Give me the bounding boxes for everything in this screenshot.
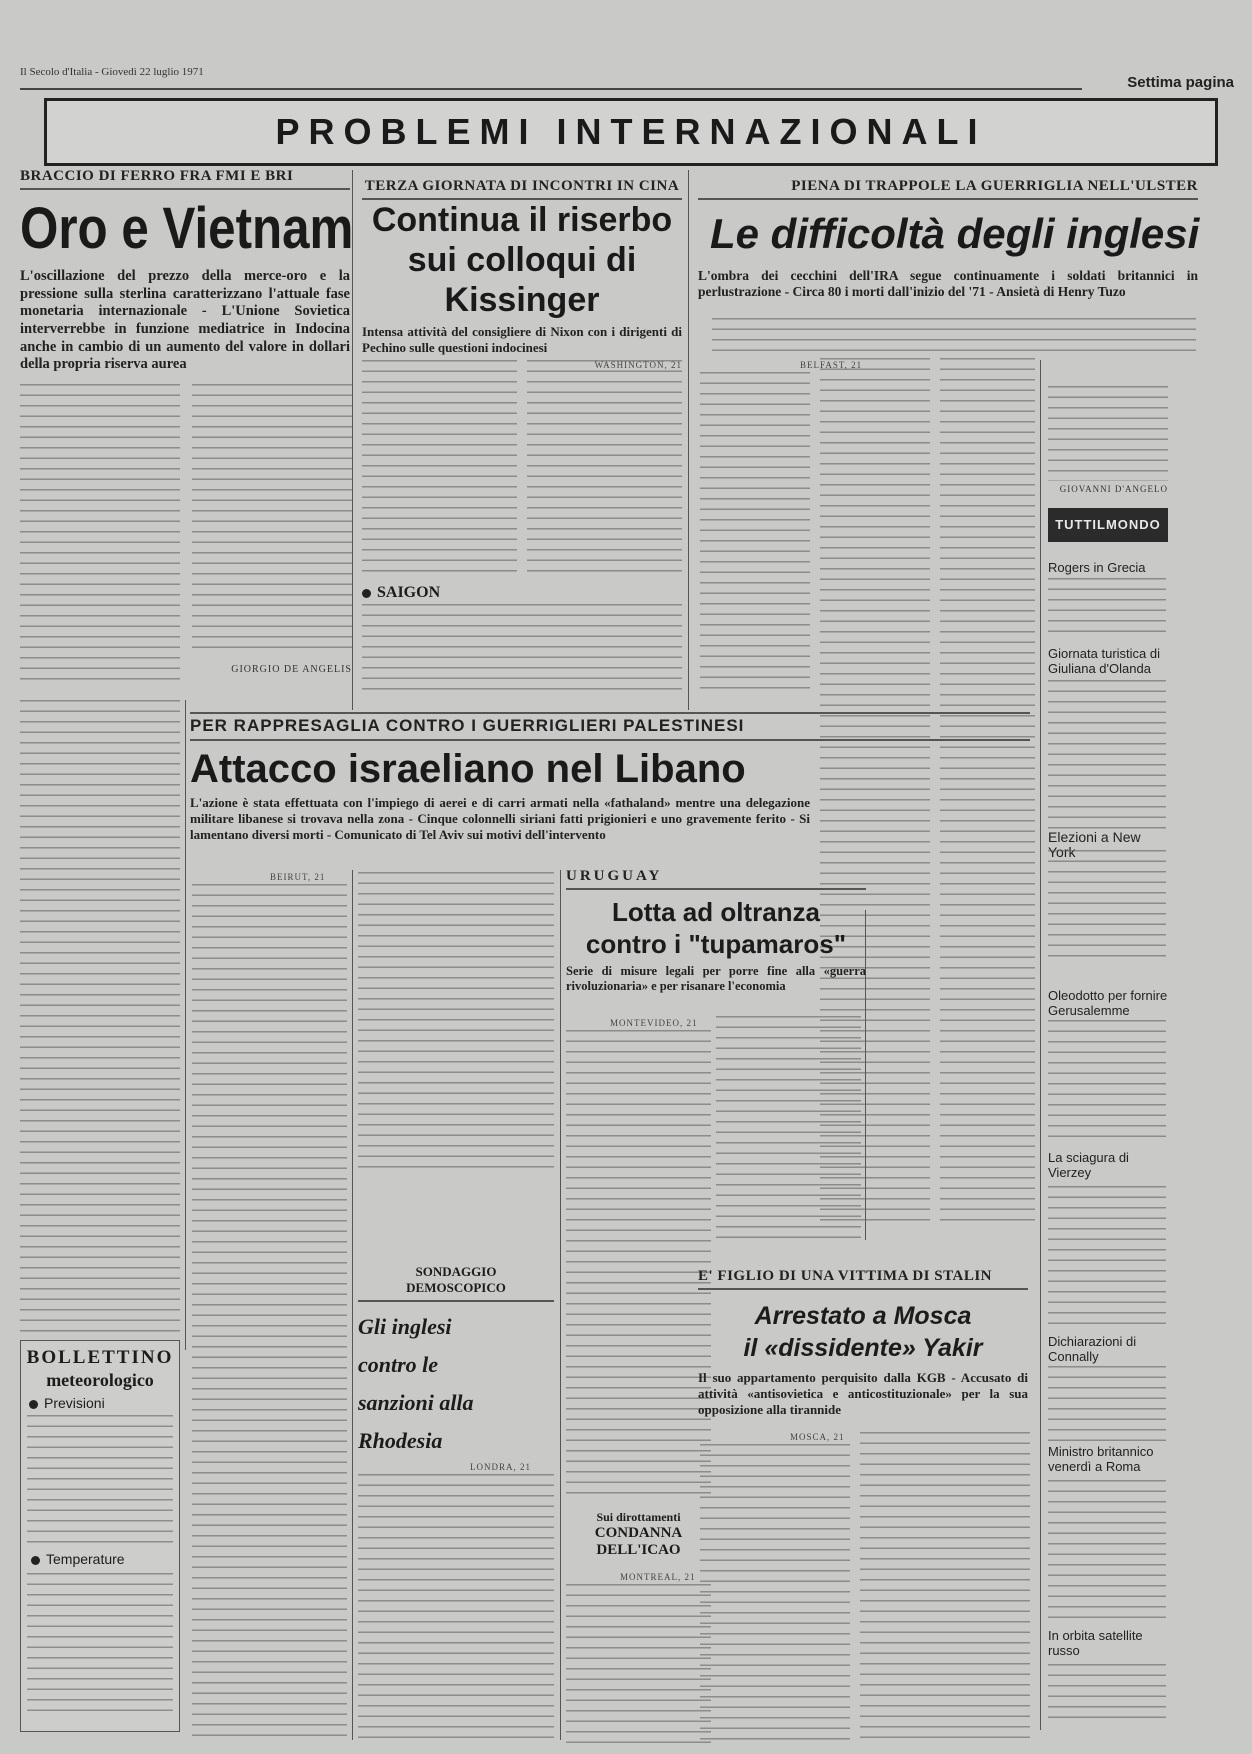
bullet-icon: [29, 1400, 38, 1409]
article-body: [192, 884, 347, 1744]
column-rule: [560, 870, 561, 1740]
headline-line-1: Continua il riserbo: [362, 200, 682, 240]
brief-body: [1048, 1480, 1166, 1620]
column-rule: [1040, 360, 1041, 1730]
brief-heading: Rogers in Grecia: [1048, 560, 1168, 575]
weather-title-1: BOLLETTINO: [21, 1347, 179, 1369]
kicker: E' FIGLIO DI UNA VITTIMA DI STALIN: [698, 1268, 1028, 1290]
temperature-text: [27, 1573, 173, 1713]
headline-line-2: il «dissidente» Yakir: [698, 1332, 1028, 1364]
weather-title-2: meteorologico: [21, 1369, 179, 1391]
article-body: [358, 872, 554, 1172]
article-body: [20, 384, 180, 684]
article-body: [566, 1584, 711, 1744]
brief-heading: Oleodotto per fornire Gerusalemme: [1048, 988, 1168, 1018]
bullet-icon: [31, 1556, 40, 1565]
column-rule: [688, 170, 689, 710]
article-body: [362, 360, 517, 580]
kicker-line-1: SONDAGGIO: [358, 1264, 554, 1280]
kicker: BRACCIO DI FERRO FRA FMI E BRI: [20, 168, 350, 190]
deck: Intensa attività del consigliere di Nixo…: [362, 324, 682, 356]
brief-heading: La sciagura di Vierzey: [1048, 1150, 1148, 1180]
dateline: BEIRUT, 21: [270, 872, 325, 882]
article-kissinger: TERZA GIORNATA DI INCONTRI IN CINA Conti…: [362, 178, 682, 370]
article-body: [860, 1432, 1030, 1744]
section-label: Temperature: [46, 1551, 125, 1567]
article-uruguay: URUGUAY Lotta ad oltranza contro i "tupa…: [566, 868, 866, 995]
tuttilmondo-logo: TUTTILMONDO: [1048, 508, 1168, 542]
article-sondaggio: SONDAGGIO DEMOSCOPICO Gli inglesi contro…: [358, 1264, 554, 1460]
byline: GIORGIO DE ANGELIS: [192, 664, 352, 675]
masthead-rule: [20, 88, 1082, 90]
kicker: PIENA DI TRAPPOLE LA GUERRIGLIA NELL'ULS…: [698, 178, 1198, 200]
headline-line-2: contro i "tupamaros": [566, 928, 866, 960]
weather-section: Temperature: [31, 1551, 169, 1567]
section-banner: PROBLEMI INTERNAZIONALI: [44, 98, 1218, 166]
page-folio: Il Secolo d'Italia - Giovedì 22 luglio 1…: [20, 66, 204, 78]
headline-line-1: CONDANNA: [566, 1525, 711, 1542]
deck: L'ombra dei cecchini dell'IRA segue cont…: [698, 268, 1198, 301]
deck: Serie di misure legali per porre fine al…: [566, 964, 866, 995]
kicker: Sui dirottamenti: [566, 1510, 711, 1525]
deck: L'oscillazione del prezzo della merce-or…: [20, 268, 350, 374]
brief-heading: Giornata turistica di Giuliana d'Olanda: [1048, 646, 1168, 676]
article-libano: PER RAPPRESAGLIA CONTRO I GUERRIGLIERI P…: [190, 716, 1030, 843]
article-body: [700, 1444, 850, 1744]
weather-box: BOLLETTINO meteorologico Previsioni Temp…: [20, 1340, 180, 1732]
article-oro-e-vietnam: BRACCIO DI FERRO FRA FMI E BRI Oro e Vie…: [20, 168, 350, 374]
weather-section: Previsioni: [29, 1395, 171, 1411]
forecast-text: [27, 1415, 173, 1545]
dateline: LONDRA, 21: [470, 1462, 531, 1472]
kicker: PER RAPPRESAGLIA CONTRO I GUERRIGLIERI P…: [190, 716, 1030, 741]
article-body: [20, 700, 180, 1340]
brief-body: [1048, 1366, 1166, 1442]
divider: [190, 712, 1030, 714]
article-body: [358, 1474, 554, 1744]
headline: Attacco israeliano nel Libano: [190, 743, 1030, 795]
brief-body: [1048, 680, 1166, 830]
headline: Gli inglesi contro le sanzioni alla Rhod…: [358, 1308, 508, 1460]
column-rule: [185, 700, 186, 1350]
brief-heading: Ministro britannico venerdì a Roma: [1048, 1444, 1158, 1474]
article-yakir: E' FIGLIO DI UNA VITTIMA DI STALIN Arres…: [698, 1268, 1028, 1418]
banner-title: PROBLEMI INTERNAZIONALI: [276, 111, 987, 153]
subhead-text: SAIGON: [377, 584, 440, 601]
article-ulster: PIENA DI TRAPPOLE LA GUERRIGLIA NELL'ULS…: [698, 178, 1198, 200]
headline-line-1: Lotta ad oltranza: [566, 896, 866, 928]
headline: Oro e Vietnam: [20, 196, 301, 262]
section-label: Previsioni: [44, 1395, 105, 1411]
column-rule: [352, 870, 353, 1740]
article-lead: [712, 318, 1196, 352]
article-body: [527, 360, 682, 580]
dateline: MOSCA, 21: [790, 1432, 845, 1442]
kicker: TERZA GIORNATA DI INCONTRI IN CINA: [362, 178, 682, 200]
headline: Le difficoltà degli inglesi: [710, 210, 1199, 258]
brief-body: [1048, 1186, 1166, 1326]
kicker-line-2: DEMOSCOPICO: [358, 1280, 554, 1302]
bullet-icon: [362, 589, 371, 598]
brief-heading: In orbita satellite russo: [1048, 1628, 1148, 1658]
tuttilmondo-sidebar: TUTTILMONDO: [1048, 508, 1168, 542]
byline: GIOVANNI D'ANGELO: [1040, 484, 1168, 494]
brief-body: [1048, 1664, 1166, 1722]
deck: Il suo appartamento perquisito dalla KGB…: [698, 1370, 1028, 1418]
headline-line-1: Arrestato a Mosca: [698, 1300, 1028, 1332]
brief-body: [1048, 850, 1166, 960]
brief-heading: Dichiarazioni di Connally: [1048, 1334, 1148, 1364]
article-body: [716, 1016, 861, 1240]
headline-line-2: DELL'ICAO: [566, 1542, 711, 1559]
article-body: [192, 384, 352, 656]
article-icao: Sui dirottamenti CONDANNA DELL'ICAO: [566, 1510, 711, 1559]
dateline: MONTREAL, 21: [620, 1572, 696, 1582]
subhead-saigon: SAIGON: [362, 584, 440, 602]
section-tag: Settima pagina: [1127, 74, 1234, 91]
article-body: [1048, 386, 1168, 481]
brief-body: [1048, 1020, 1166, 1140]
article-body: [362, 604, 682, 690]
kicker: URUGUAY: [566, 868, 866, 890]
article-body: [566, 1030, 711, 1500]
headline-line-2: sui colloqui di Kissinger: [362, 240, 682, 320]
brief-body: [1048, 578, 1166, 636]
article-body: [700, 372, 810, 692]
dateline: MONTEVIDEO, 21: [610, 1018, 698, 1028]
deck: L'azione è stata effettuata con l'impieg…: [190, 795, 810, 843]
